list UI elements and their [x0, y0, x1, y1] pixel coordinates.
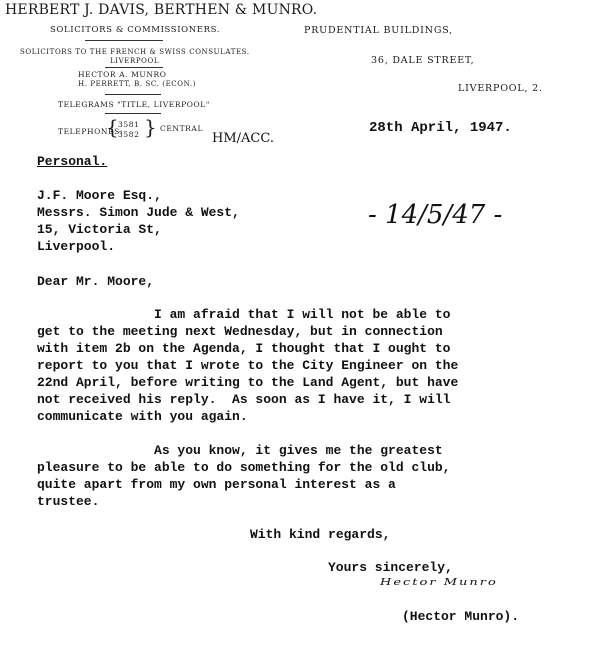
- letterhead-divider: [105, 113, 161, 114]
- recipient-line: Liverpool.: [37, 238, 115, 255]
- letterhead-divider: [105, 67, 163, 68]
- body-line: with item 2b on the Agenda, I thought th…: [37, 340, 450, 357]
- body-line: I am afraid that I will not be able to: [37, 306, 450, 323]
- body-line: report to you that I wrote to the City E…: [37, 357, 458, 374]
- telephone-number: 3582: [118, 130, 140, 139]
- handwritten-signature: Hector Munro: [380, 577, 498, 588]
- letterhead-divider: [85, 40, 163, 41]
- firm-role: SOLICITORS & COMMISSIONERS.: [50, 25, 220, 35]
- signatory-name: (Hector Munro).: [402, 608, 519, 625]
- recipient-line: 15, Victoria St,: [37, 221, 162, 238]
- recipient-line: J.F. Moore Esq.,: [37, 187, 162, 204]
- body-line: trustee.: [37, 493, 99, 510]
- body-line: pleasure to be able to do something for …: [37, 459, 450, 476]
- closing-regards: With kind regards,: [250, 526, 390, 543]
- address-line: 36, DALE STREET,: [371, 55, 475, 66]
- telegrams-line: TELEGRAMS "TITLE, LIVERPOOL": [58, 100, 210, 109]
- brace-right: }: [144, 117, 157, 137]
- partner-name: H. PERRETT, B. Sc. (ECON.): [78, 80, 196, 88]
- body-line: not received his reply. As soon as I hav…: [37, 391, 450, 408]
- address-line: PRUDENTIAL BUILDINGS,: [304, 25, 453, 36]
- body-line: As you know, it gives me the greatest: [37, 442, 443, 459]
- body-line: 22nd April, before writing to the Land A…: [37, 374, 458, 391]
- letter-date: 28th April, 1947.: [369, 120, 512, 137]
- body-line: communicate with you again.: [37, 408, 248, 425]
- telephone-number: 3581: [118, 120, 140, 129]
- partner-name: HECTOR A. MUNRO: [78, 70, 166, 79]
- reference: HM/ACC.: [212, 130, 274, 147]
- address-line: LIVERPOOL, 2.: [458, 83, 543, 94]
- letterhead-divider: [105, 94, 161, 95]
- firm-name: HERBERT J. DAVIS, BERTHEN & MUNRO.: [5, 2, 317, 18]
- letter-page: HERBERT J. DAVIS, BERTHEN & MUNRO. SOLIC…: [0, 0, 600, 664]
- body-line: quite apart from my own personal interes…: [37, 476, 396, 493]
- consulates-city: LIVERPOOL: [110, 57, 159, 65]
- closing-sincerely: Yours sincerely,: [328, 559, 453, 576]
- personal-marking: Personal.: [37, 153, 107, 170]
- handwritten-date: - 14/5/47 -: [368, 200, 502, 230]
- recipient-line: Messrs. Simon Jude & West,: [37, 204, 240, 221]
- consulates-line: SOLICITORS TO THE FRENCH & SWISS CONSULA…: [20, 48, 250, 56]
- telephones-exchange: CENTRAL: [160, 124, 203, 133]
- salutation: Dear Mr. Moore,: [37, 273, 154, 290]
- body-line: get to the meeting next Wednesday, but i…: [37, 323, 443, 340]
